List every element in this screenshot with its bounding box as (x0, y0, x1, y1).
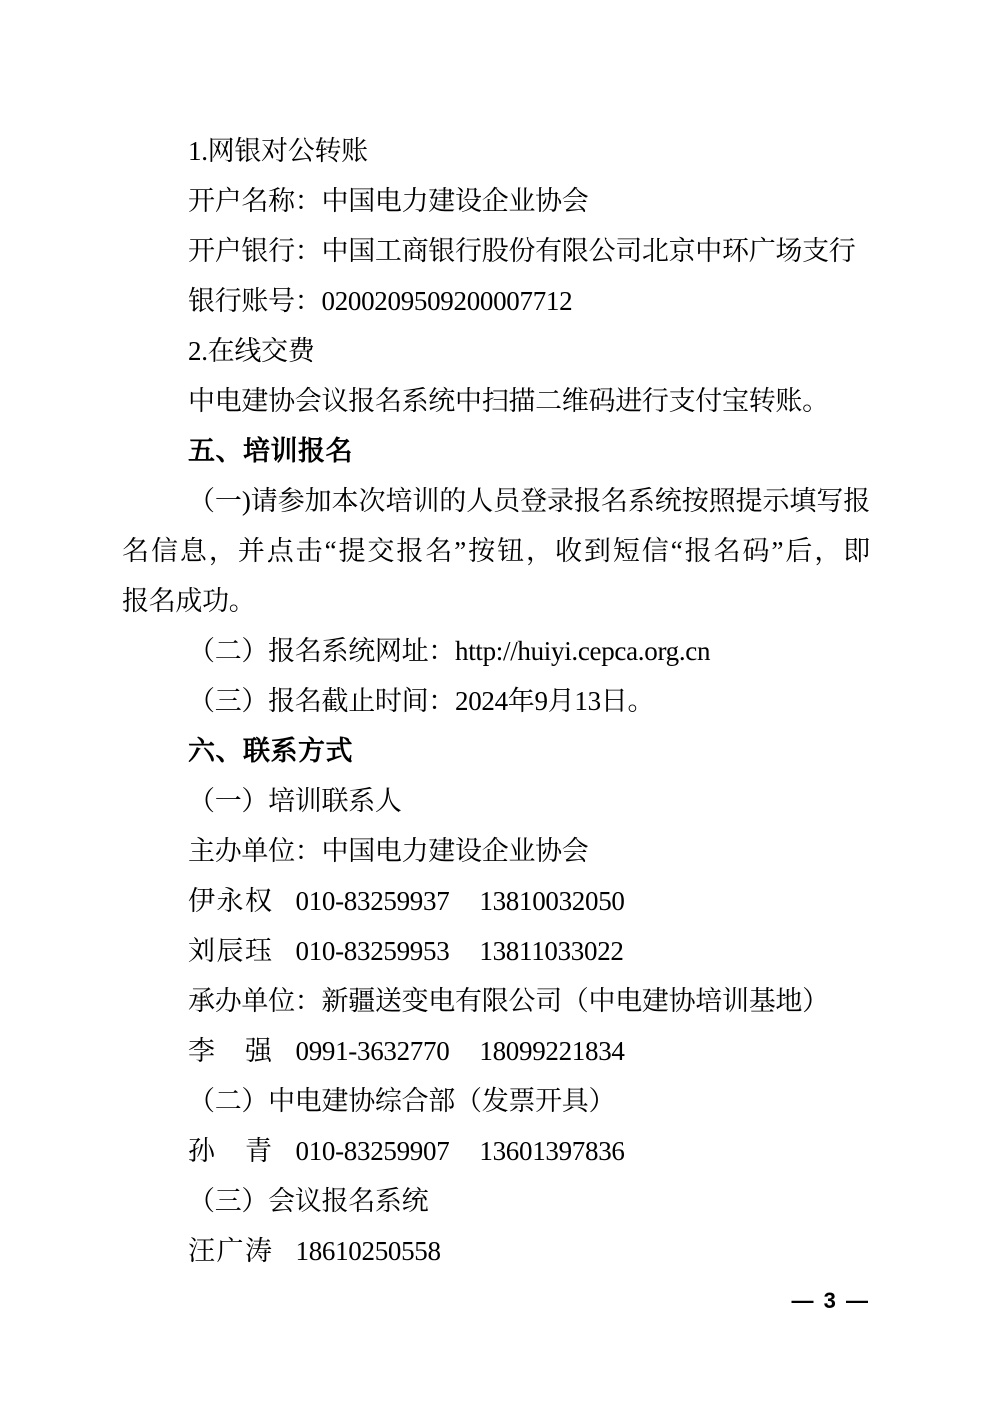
page-number: — 3 — (792, 1288, 870, 1314)
registration-paragraph-line3: 报名成功。 (122, 576, 870, 626)
contact-telephone: 0991-3632770 (296, 1026, 450, 1076)
contact-row: 孙 青 010-83259907 13601397836 (122, 1126, 870, 1176)
contact-mobile: 18099221834 (479, 1026, 624, 1076)
contact-mobile: 18610250558 (296, 1226, 441, 1276)
contact-telephone: 010-83259907 (296, 1126, 450, 1176)
contact-mobile: 13601397836 (479, 1126, 624, 1176)
contact-mobile: 13811033022 (479, 926, 623, 976)
registration-deadline-line: （三）报名截止时间：2024年9月13日。 (122, 676, 870, 726)
account-name-line: 开户名称：中国电力建设企业协会 (122, 176, 870, 226)
section6-heading: 六、联系方式 (122, 726, 870, 776)
contact-sub2-title: （二）中电建协综合部（发票开具） (122, 1076, 870, 1126)
account-number-line: 银行账号：0200209509200007712 (122, 276, 870, 326)
payment-method2-desc: 中电建协会议报名系统中扫描二维码进行支付宝转账。 (122, 376, 870, 426)
document-page: 1.网银对公转账 开户名称：中国电力建设企业协会 开户银行：中国工商银行股份有限… (0, 0, 992, 1403)
payment-method2-title: 2.在线交费 (122, 326, 870, 376)
contact-name: 汪广涛 (188, 1226, 274, 1276)
contact-row: 刘辰珏 010-83259953 13811033022 (122, 926, 870, 976)
registration-paragraph-line2: 名信息，并点击“提交报名”按钮，收到短信“报名码”后，即 (122, 526, 870, 576)
contact-row: 汪广涛 18610250558 (122, 1226, 870, 1276)
contact-sub3-title: （三）会议报名系统 (122, 1176, 870, 1226)
contact-name: 孙 青 (188, 1126, 274, 1176)
organizer-organization-line: 承办单位：新疆送变电有限公司（中电建协培训基地） (122, 976, 870, 1026)
bank-name-line: 开户银行：中国工商银行股份有限公司北京中环广场支行 (122, 226, 870, 276)
contact-name: 伊永权 (188, 876, 274, 926)
section5-heading: 五、培训报名 (122, 426, 870, 476)
contact-row: 李 强 0991-3632770 18099221834 (122, 1026, 870, 1076)
registration-website-line: （二）报名系统网址：http://huiyi.cepca.org.cn (122, 626, 870, 676)
document-body: 1.网银对公转账 开户名称：中国电力建设企业协会 开户银行：中国工商银行股份有限… (122, 126, 870, 1276)
host-organization-line: 主办单位：中国电力建设企业协会 (122, 826, 870, 876)
contact-name: 刘辰珏 (188, 926, 274, 976)
contact-name: 李 强 (188, 1026, 274, 1076)
contact-telephone: 010-83259953 (296, 926, 450, 976)
registration-paragraph-line1: （一)请参加本次培训的人员登录报名系统按照提示填写报 (122, 476, 870, 526)
contact-row: 伊永权 010-83259937 13810032050 (122, 876, 870, 926)
contact-sub1-title: （一）培训联系人 (122, 776, 870, 826)
contact-mobile: 13810032050 (479, 876, 624, 926)
contact-telephone: 010-83259937 (296, 876, 450, 926)
payment-method1-title: 1.网银对公转账 (122, 126, 870, 176)
